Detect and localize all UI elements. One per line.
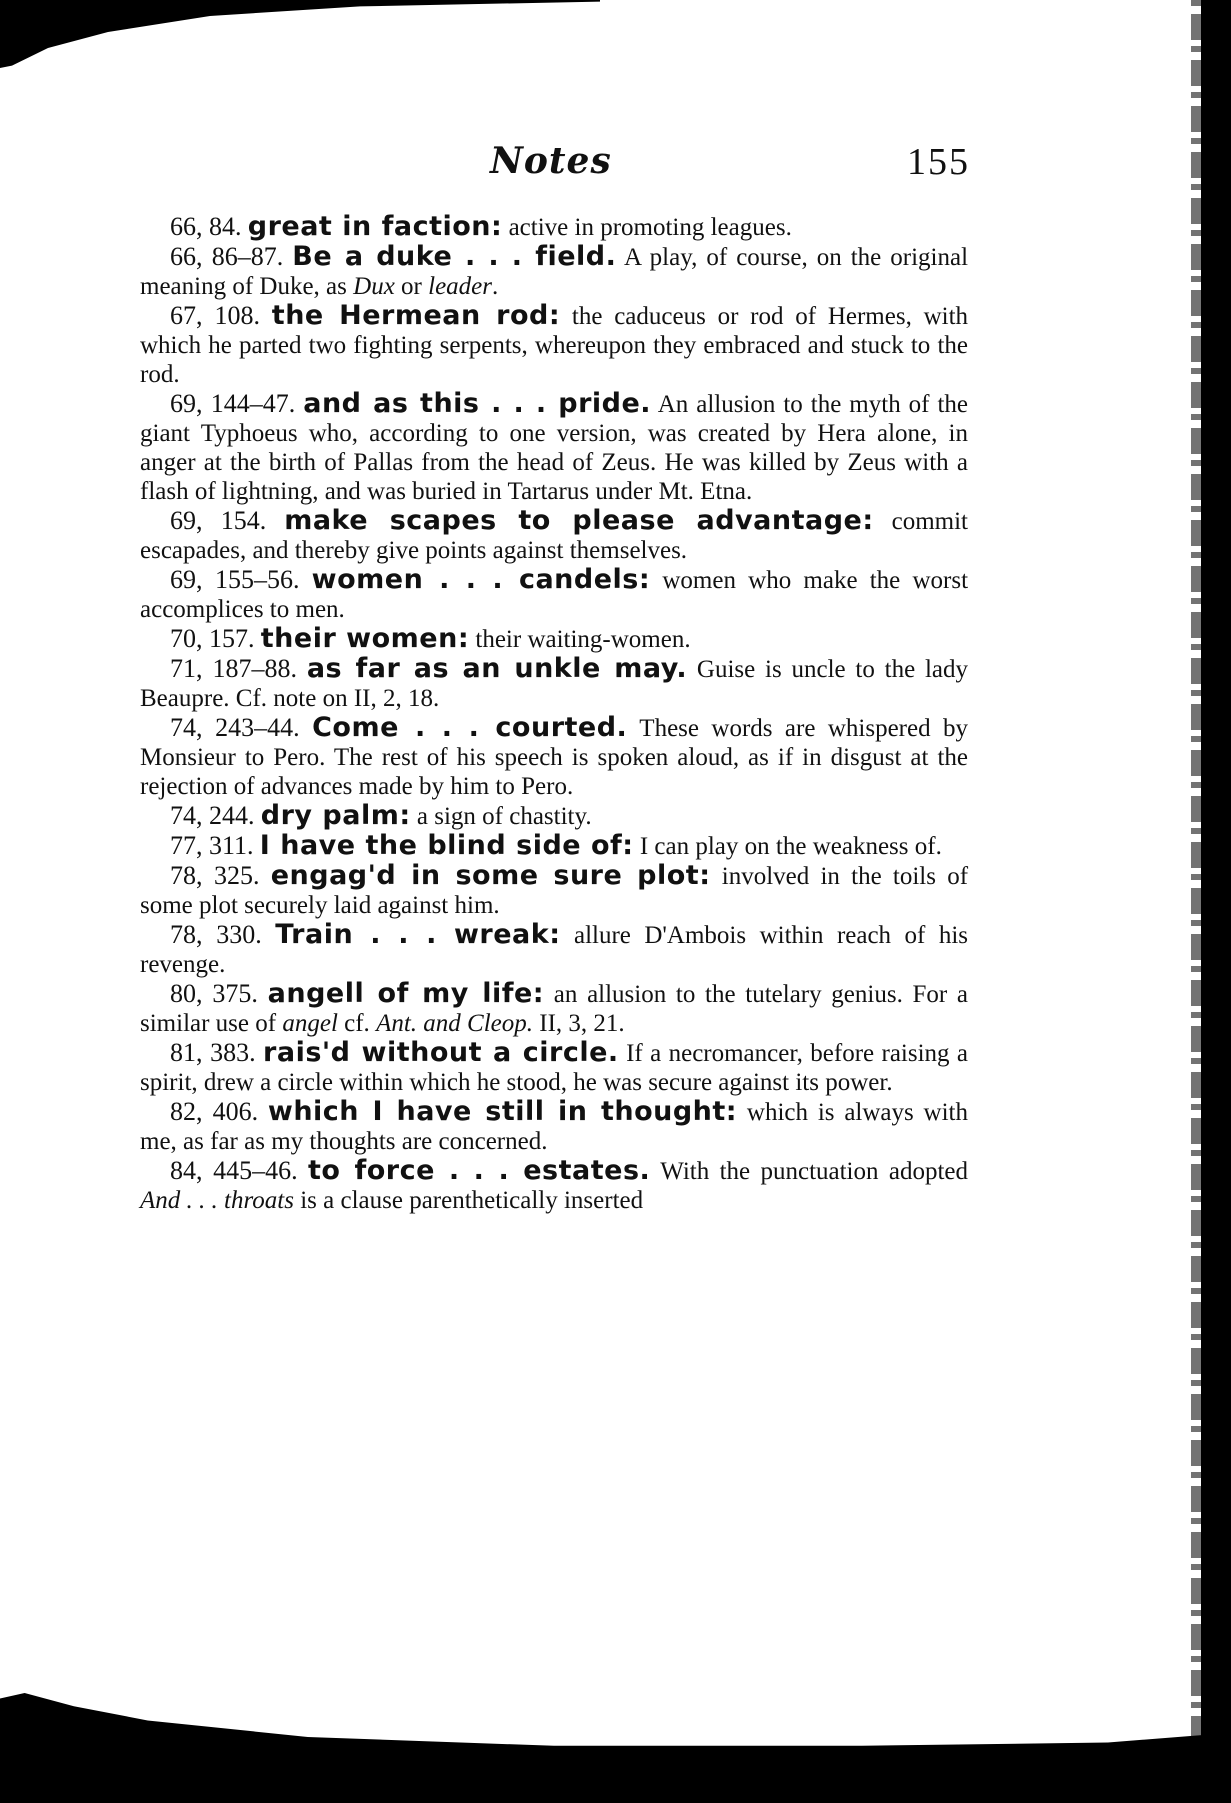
note-lemma: as far as an unkle may.: [307, 653, 687, 684]
note-entry: 66, 84. great in faction: active in prom…: [140, 212, 968, 242]
gloss-text: is a clause parenthetically inserted: [294, 1187, 643, 1214]
note-ref: 78, 325.: [170, 861, 259, 890]
note-gloss: a sign of chastity.: [417, 803, 592, 830]
note-ref: 77, 311.: [170, 831, 254, 860]
note-ref: 67, 108.: [170, 301, 260, 330]
gloss-text: cf.: [338, 1010, 376, 1037]
note-lemma: Train . . . wreak:: [275, 919, 560, 950]
gloss-text: With the punctuation adopted: [660, 1158, 968, 1185]
note-ref: 66, 84.: [170, 212, 242, 241]
note-ref: 74, 244.: [170, 801, 255, 830]
note-ref: 69, 155–56.: [170, 565, 299, 594]
note-ref: 78, 330.: [170, 920, 262, 949]
gloss-text: .: [492, 273, 498, 300]
note-lemma: Be a duke . . . field.: [292, 241, 616, 272]
note-lemma: dry palm:: [261, 800, 411, 831]
page-number: 155: [907, 140, 970, 184]
gloss-italic: Ant. and Cleop.: [376, 1010, 533, 1037]
gloss-italic: And . . . throats: [140, 1187, 294, 1214]
note-entry: 74, 244. dry palm: a sign of chastity.: [140, 801, 968, 831]
note-lemma: I have the blind side of:: [260, 830, 634, 861]
note-lemma: rais'd without a circle.: [263, 1037, 619, 1068]
note-ref: 66, 86–87.: [170, 242, 283, 271]
note-ref: 69, 154.: [170, 506, 266, 535]
note-entry: 71, 187–88. as far as an unkle may. Guis…: [140, 654, 968, 713]
note-ref: 84, 445–46.: [170, 1156, 298, 1185]
running-head: Notes 155: [140, 140, 970, 190]
note-entry: 82, 406. which I have still in thought: …: [140, 1097, 968, 1156]
note-lemma: the Hermean rod:: [272, 300, 560, 331]
note-lemma: angell of my life:: [268, 978, 544, 1009]
note-entry: 69, 155–56. women . . . candels: women w…: [140, 565, 968, 624]
notes-list: 66, 84. great in faction: active in prom…: [140, 212, 968, 1215]
note-ref: 69, 144–47.: [170, 389, 295, 418]
gloss-italic: Dux: [353, 273, 395, 300]
note-entry: 77, 311. I have the blind side of: I can…: [140, 831, 968, 861]
note-lemma: which I have still in thought:: [268, 1096, 737, 1127]
note-ref: 81, 383.: [170, 1038, 256, 1067]
note-entry: 67, 108. the Hermean rod: the caduceus o…: [140, 301, 968, 389]
note-lemma: their women:: [261, 623, 469, 654]
note-gloss: an allusion to the tutelary genius. For …: [140, 981, 968, 1037]
note-ref: 74, 243–44.: [170, 713, 300, 742]
gloss-italic: angel: [282, 1010, 338, 1037]
page-title: Notes: [490, 140, 612, 182]
note-entry: 69, 144–47. and as this . . . pride. An …: [140, 389, 968, 506]
note-entry: 78, 325. engag'd in some sure plot: invo…: [140, 861, 968, 920]
note-lemma: women . . . candels:: [312, 564, 651, 595]
note-entry: 84, 445–46. to force . . . estates. With…: [140, 1156, 968, 1215]
gloss-text: II, 3, 21.: [533, 1010, 625, 1037]
note-gloss: active in promoting leagues.: [509, 214, 792, 241]
scan-shadow-right-edge: [1201, 0, 1231, 1803]
note-ref: 71, 187–88.: [170, 654, 297, 683]
note-gloss: I can play on the weakness of.: [640, 833, 942, 860]
scan-shadow-top-left: [0, 0, 600, 80]
note-lemma: great in faction:: [248, 211, 503, 242]
note-entry: 80, 375. angell of my life: an allusion …: [140, 979, 968, 1038]
gloss-text: or: [395, 273, 428, 300]
note-entry: 70, 157. their women: their waiting-wome…: [140, 624, 968, 654]
scan-shadow-bottom: [0, 1693, 1231, 1803]
note-entry: 78, 330. Train . . . wreak: allure D'Amb…: [140, 920, 968, 979]
note-ref: 70, 157.: [170, 624, 255, 653]
note-entry: 69, 154. make scapes to please advantage…: [140, 506, 968, 565]
note-entry: 74, 243–44. Come . . . courted. These wo…: [140, 713, 968, 801]
note-ref: 82, 406.: [170, 1097, 258, 1126]
note-entry: 66, 86–87. Be a duke . . . field. A play…: [140, 242, 968, 301]
note-lemma: and as this . . . pride.: [303, 388, 651, 419]
note-lemma: engag'd in some sure plot:: [271, 860, 711, 891]
note-ref: 80, 375.: [170, 979, 258, 1008]
note-lemma: Come . . . courted.: [312, 712, 627, 743]
note-lemma: to force . . . estates.: [308, 1155, 650, 1186]
note-lemma: make scapes to please advantage:: [284, 505, 873, 536]
note-entry: 81, 383. rais'd without a circle. If a n…: [140, 1038, 968, 1097]
gloss-italic: leader: [428, 273, 492, 300]
note-gloss: their waiting-women.: [475, 626, 690, 653]
